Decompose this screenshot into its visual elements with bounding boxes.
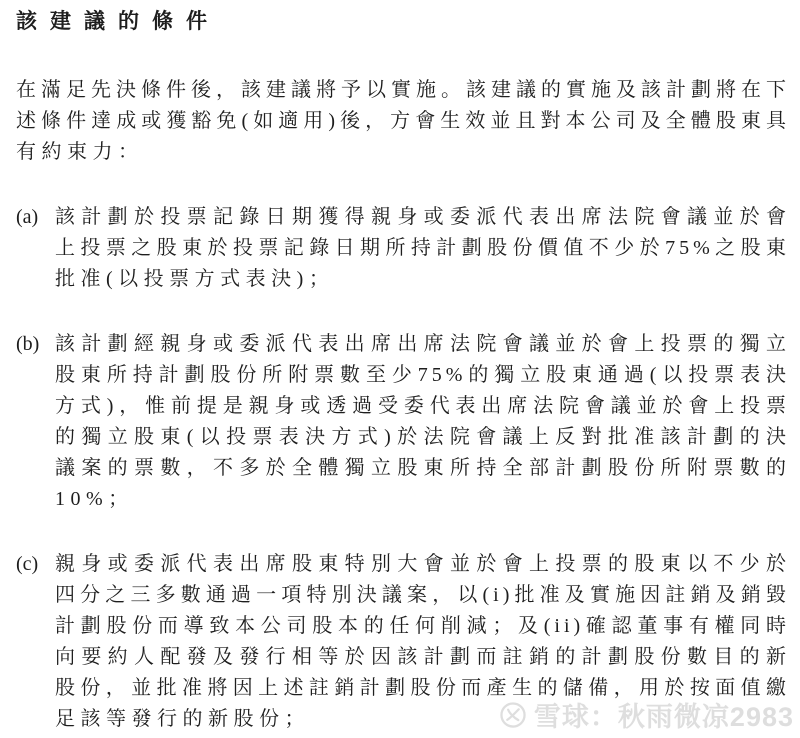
item-label-a: (a) bbox=[16, 202, 55, 295]
document-page: 該建議的條件 在滿足先決條件後，該建議將予以實施。該建議的實施及該計劃將在下 述… bbox=[0, 0, 800, 735]
watermark-text: 雪球：秋雨微凉2983 bbox=[534, 695, 794, 734]
text-line: 股東所持計劃股份所附票數至少75%的獨立股東通過(以投票表決 bbox=[55, 360, 790, 391]
xueqiu-snowball-logo-icon bbox=[499, 701, 527, 729]
text-line: 向要約人配發及發行相等於因該計劃而註銷的計劃股份數目的新 bbox=[55, 642, 790, 673]
item-label-b: (b) bbox=[16, 329, 55, 515]
text-line: 該計劃經親身或委派代表出席出席法院會議並於會上投票的獨立 bbox=[55, 329, 790, 360]
item-content-a: 該計劃於投票記錄日期獲得親身或委派代表出席法院會議並於會 上投票之股東於投票記錄… bbox=[55, 202, 790, 295]
text-line: 上投票之股東於投票記錄日期所持計劃股份價值不少於75%之股東 bbox=[55, 233, 790, 264]
text-line: 10%； bbox=[55, 484, 790, 515]
condition-item-a: (a) 該計劃於投票記錄日期獲得親身或委派代表出席法院會議並於會 上投票之股東於… bbox=[16, 202, 790, 295]
text-line: 述條件達成或獲豁免(如適用)後，方會生效並且對本公司及全體股東具 bbox=[16, 106, 790, 137]
item-label-c: (c) bbox=[16, 549, 55, 735]
document-title: 該建議的條件 bbox=[16, 8, 790, 34]
text-line: 計劃股份而導致本公司股本的任何削減；及(ii)確認董事有權同時 bbox=[55, 611, 790, 642]
text-line: 方式)，惟前提是親身或透過受委代表出席法院會議並於會上投票 bbox=[55, 391, 790, 422]
condition-item-b: (b) 該計劃經親身或委派代表出席出席法院會議並於會上投票的獨立 股東所持計劃股… bbox=[16, 329, 790, 515]
text-line: 議案的票數，不多於全體獨立股東所持全部計劃股份所附票數的 bbox=[55, 453, 790, 484]
text-line: 親身或委派代表出席股東特別大會並於會上投票的股東以不少於 bbox=[55, 549, 790, 580]
text-line: 四分之三多數通過一項特別決議案，以(i)批准及實施因註銷及銷毀 bbox=[55, 580, 790, 611]
text-line: 在滿足先決條件後，該建議將予以實施。該建議的實施及該計劃將在下 bbox=[16, 75, 790, 106]
text-line: 的獨立股東(以投票表決方式)於法院會議上反對批准該計劃的決 bbox=[55, 422, 790, 453]
text-line: 批准(以投票方式表決)； bbox=[55, 264, 790, 295]
intro-paragraph: 在滿足先決條件後，該建議將予以實施。該建議的實施及該計劃將在下 述條件達成或獲豁… bbox=[16, 75, 790, 168]
text-line: 該計劃於投票記錄日期獲得親身或委派代表出席法院會議並於會 bbox=[55, 202, 790, 233]
item-content-b: 該計劃經親身或委派代表出席出席法院會議並於會上投票的獨立 股東所持計劃股份所附票… bbox=[55, 329, 790, 515]
watermark: 雪球：秋雨微凉2983 bbox=[499, 695, 794, 734]
text-line: 有約束力： bbox=[16, 137, 790, 168]
